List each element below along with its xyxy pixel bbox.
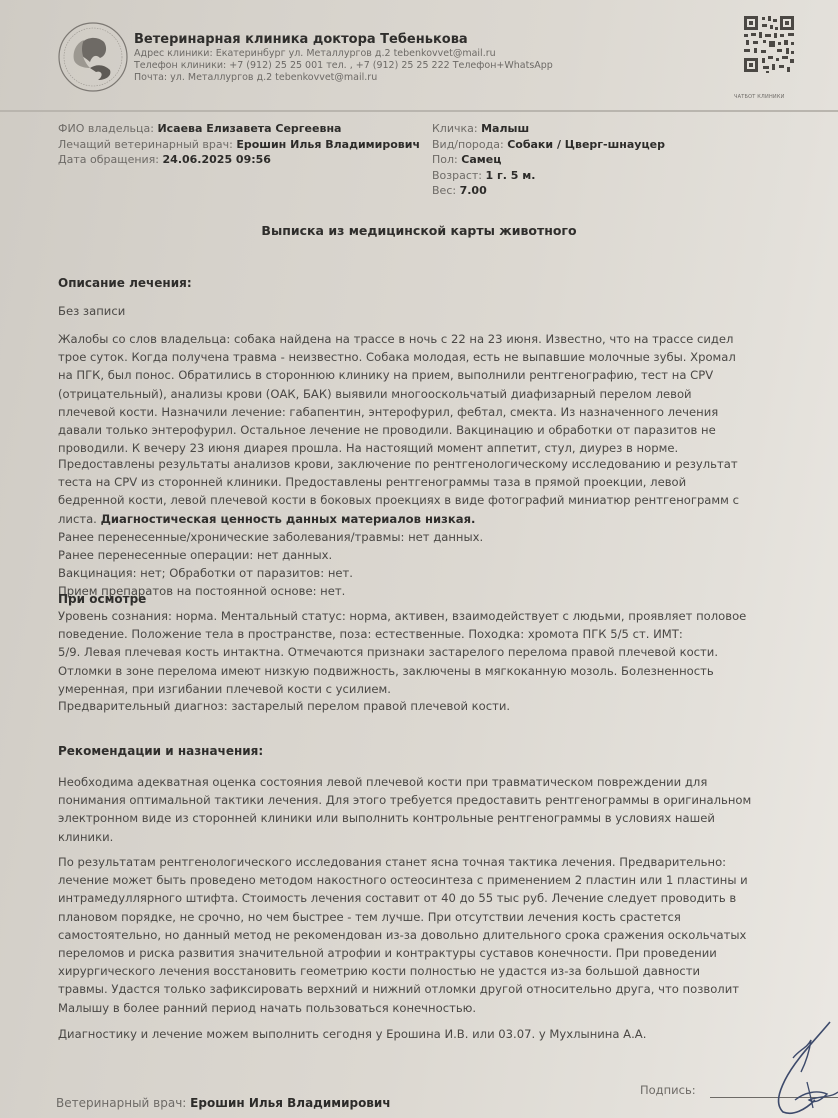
handwritten-signature-icon: [735, 1020, 838, 1118]
signature-label: Подпись:: [640, 1083, 696, 1097]
text-line: интрамедуллярного штифта. Стоимость лече…: [58, 889, 828, 907]
pet-name: Малыш: [481, 122, 529, 135]
clinic-phone: Телефон клиники: +7 (912) 25 25 001 тел.…: [134, 60, 553, 72]
schedule-note: Диагностику и лечение можем выполнить се…: [58, 1025, 828, 1043]
qr-caption: ЧАТБОТ КЛИНИКИ: [734, 94, 785, 100]
examination-heading: При осмотре: [58, 592, 146, 606]
examination-paragraph: Уровень сознания: норма. Ментальный стат…: [58, 607, 828, 698]
phone-label: Телефон клиники:: [134, 60, 226, 71]
vet-row: Лечащий ветеринарный врач: Ерошин Илья В…: [58, 137, 420, 153]
mail-label: Почта:: [134, 72, 167, 83]
pet-age: 1 г. 5 м.: [486, 169, 536, 182]
mail-value: ул. Металлургов д.2 tebenkovvet@mail.ru: [170, 72, 377, 83]
clinic-address: Адрес клиники: Екатеринбург ул. Металлур…: [134, 48, 553, 60]
text-line: умеренная, при изгибании плечевой кости …: [58, 680, 828, 698]
text-line: давали только энтерофурил. Остальное леч…: [58, 421, 828, 439]
age-row: Возраст: 1 г. 5 м.: [432, 168, 665, 184]
species-row: Вид/порода: Собаки / Цверг-шнауцер: [432, 137, 665, 153]
text-line: Отломки в зоне перелома имеют низкую под…: [58, 662, 828, 680]
text-line: По результатам рентгенологического иссле…: [58, 853, 828, 871]
provided-lines: Предоставлены результаты анализов крови,…: [58, 455, 828, 510]
clinic-mail: Почта: ул. Металлургов д.2 tebenkovvet@m…: [134, 72, 553, 84]
text-line: понимания оптимальной тактики лечения. Д…: [58, 791, 828, 809]
text-line: трое суток. Когда получена травма - неиз…: [58, 348, 828, 366]
text-line: травмы. Удастся только зафиксировать вер…: [58, 980, 828, 998]
text-line: Ранее перенесенные/хронические заболеван…: [58, 528, 828, 546]
footer-vet: Ветеринарный врач: Ерошин Илья Владимиро…: [56, 1096, 391, 1110]
text-line: бедренной кости, левой плечевой кости в …: [58, 491, 828, 509]
text-line: плечевой кости. Назначили лечение: габап…: [58, 403, 828, 421]
text-line: на ПГК, был понос. Обратились в сторонню…: [58, 366, 828, 384]
pet-name-row: Кличка: Малыш: [432, 121, 665, 137]
owner-info: ФИО владельца: Исаева Елизавета Сергеевн…: [58, 121, 420, 168]
text-line: клиники.: [58, 828, 828, 846]
recommendations-paragraph-1: Необходима адекватная оценка состояния л…: [58, 773, 828, 846]
vet-name: Ерошин Илья Владимирович: [236, 138, 420, 151]
diagnostic-value-note: Диагностическая ценность данных материал…: [101, 512, 476, 526]
footer-vet-name: Ерошин Илья Владимирович: [190, 1096, 390, 1110]
phone-value: +7 (912) 25 25 001 тел. , +7 (912) 25 25…: [229, 60, 553, 71]
text-line: Жалобы со слов владельца: собака найдена…: [58, 330, 828, 348]
sex-row: Пол: Самец: [432, 152, 665, 168]
visit-date: 24.06.2025 09:56: [163, 153, 271, 166]
header-divider: [0, 110, 838, 112]
text-line: поведение. Положение тела в пространстве…: [58, 625, 828, 643]
no-record-text: Без записи: [58, 302, 828, 320]
recommendations-heading: Рекомендации и назначения:: [58, 744, 263, 758]
provided-last-line: листа. Диагностическая ценность данных м…: [58, 510, 828, 528]
text-line: Ранее перенесенные операции: нет данных.: [58, 546, 828, 564]
text-line: Уровень сознания: норма. Ментальный стат…: [58, 607, 828, 625]
date-row: Дата обращения: 24.06.2025 09:56: [58, 152, 420, 168]
text-line: электронном виде из сторонней клиники ил…: [58, 809, 828, 827]
preliminary-diagnosis: Предварительный диагноз: застарелый пере…: [58, 697, 828, 715]
treatment-heading: Описание лечения:: [58, 276, 192, 290]
text-line: лечение может быть проведено методом нак…: [58, 871, 828, 889]
owner-name: Исаева Елизавета Сергеевна: [157, 122, 341, 135]
qr-code-icon: [742, 14, 796, 88]
provided-materials-paragraph: Предоставлены результаты анализов крови,…: [58, 455, 828, 601]
address-value: Екатеринбург ул. Металлургов д.2 tebenko…: [216, 48, 496, 59]
weight-row: Вес: 7.00: [432, 183, 665, 199]
clinic-name: Ветеринарная клиника доктора Тебенькова: [134, 32, 553, 48]
text-line: переломов и риска развития значительной …: [58, 944, 828, 962]
text-line: теста на CPV из сторонней клиники. Предо…: [58, 473, 828, 491]
text-line: Необходима адекватная оценка состояния л…: [58, 773, 828, 791]
pet-sex: Самец: [461, 153, 501, 166]
text-line: Вакцинация: нет; Обработки от паразитов:…: [58, 564, 828, 582]
medical-record-page: Ветеринарная клиника доктора Тебенькова …: [0, 0, 838, 1118]
history-lines: Ранее перенесенные/хронические заболеван…: [58, 528, 828, 601]
clinic-header: Ветеринарная клиника доктора Тебенькова …: [48, 14, 828, 110]
pet-info: Кличка: Малыш Вид/порода: Собаки / Цверг…: [432, 121, 665, 199]
text-line: Малышу в более ранний период начать поль…: [58, 999, 828, 1017]
owner-row: ФИО владельца: Исаева Елизавета Сергеевн…: [58, 121, 420, 137]
text-line: Предоставлены результаты анализов крови,…: [58, 455, 828, 473]
clinic-info: Ветеринарная клиника доктора Тебенькова …: [134, 32, 553, 84]
document-title: Выписка из медицинской карты животного: [0, 223, 838, 238]
text-line: (отрицательный), анализы крови (ОАК, БАК…: [58, 385, 828, 403]
pet-weight: 7.00: [460, 184, 487, 197]
text-line: самостоятельно, но данный метод не реком…: [58, 926, 828, 944]
pet-species: Собаки / Цверг-шнауцер: [507, 138, 665, 151]
clinic-logo-icon: [56, 20, 130, 94]
text-line: Прием препаратов на постоянной основе: н…: [58, 582, 828, 600]
text-line: плановом порядке, не срочно, но чем быст…: [58, 908, 828, 926]
text-line: 5/9. Левая плечевая кость интактна. Отме…: [58, 643, 828, 661]
text-line: хирургического лечения восстановить геом…: [58, 962, 828, 980]
complaints-paragraph: Жалобы со слов владельца: собака найдена…: [58, 330, 828, 457]
recommendations-paragraph-2: По результатам рентгенологического иссле…: [58, 853, 828, 1017]
address-label: Адрес клиники:: [134, 48, 213, 59]
